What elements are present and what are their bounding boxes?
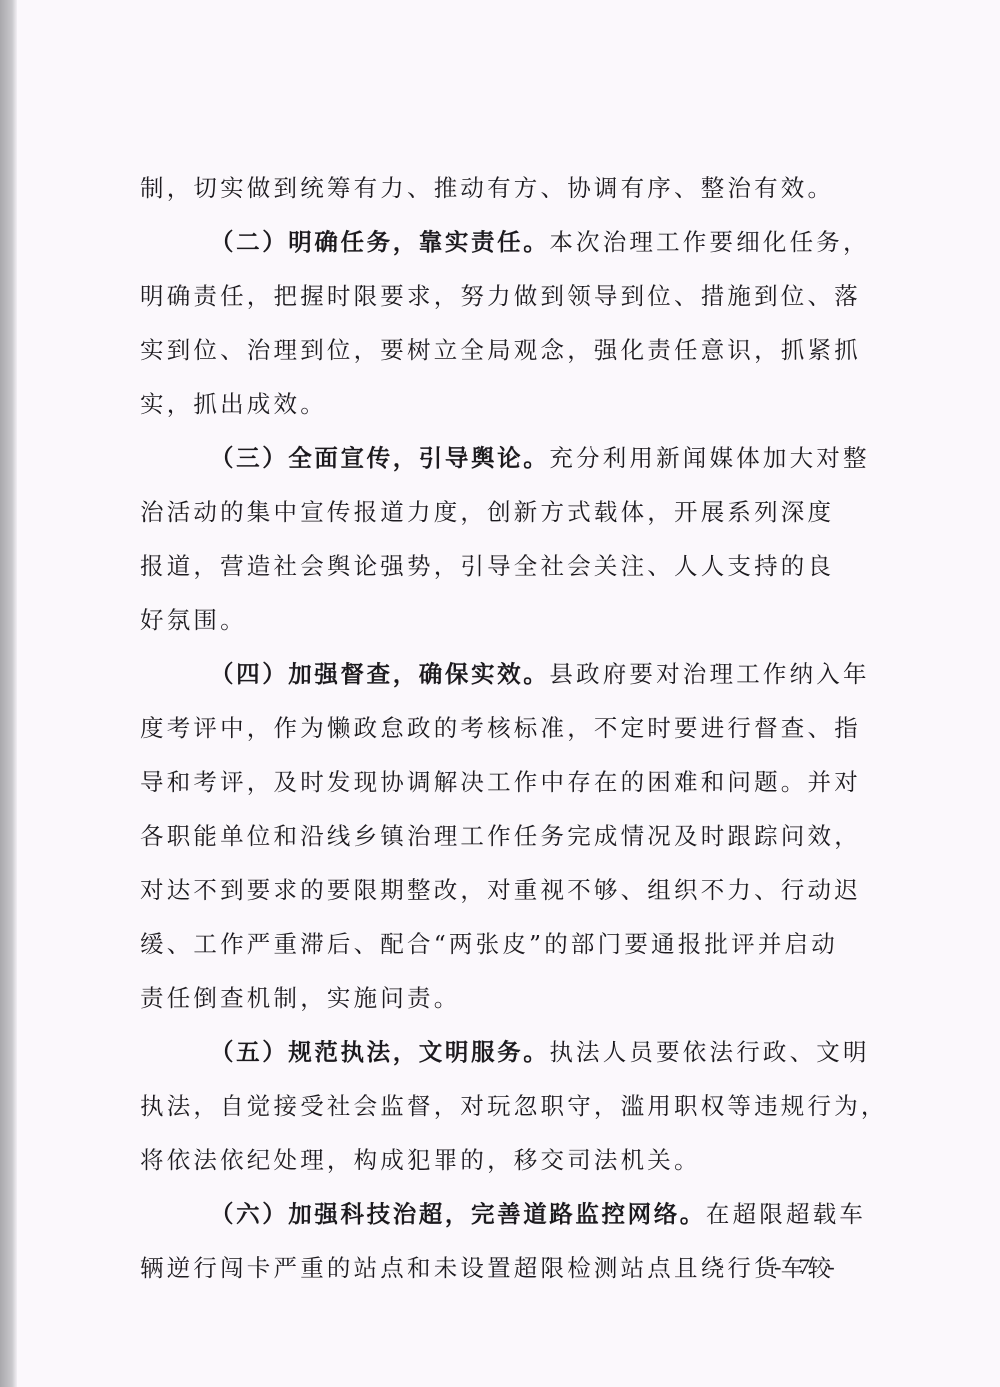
text-line: 辆逆行闯卡严重的站点和未设置超限检测站点且绕行货车较 [140, 1248, 834, 1288]
text-line: 实，抓出成效。 [140, 384, 327, 424]
section-heading-line: （六）加强科技治超，完善道路监控网络。在超限超载车 [210, 1194, 866, 1234]
section-heading: （二）明确任务，靠实责任。 [210, 228, 549, 256]
section-heading-line: （四）加强督查，确保实效。县政府要对治理工作纳入年 [210, 654, 870, 694]
section-heading-line: （五）规范执法，文明服务。执法人员要依法行政、文明 [210, 1032, 870, 1072]
text-line: 明确责任，把握时限要求，努力做到领导到位、措施到位、落 [140, 276, 861, 316]
section-heading: （五）规范执法，文明服务。 [210, 1038, 549, 1066]
line-text: 执法，自觉接受社会监督，对玩忽职守，滥用职权等违规行为， [140, 1092, 888, 1120]
line-text: 充分利用新闻媒体加大对整 [549, 444, 869, 472]
section-heading: （四）加强督查，确保实效。 [210, 660, 549, 688]
line-text: 好氛围。 [140, 606, 247, 634]
text-line: 执法，自觉接受社会监督，对玩忽职守，滥用职权等违规行为， [140, 1086, 888, 1126]
line-text: 缓、工作严重滞后、配合“两张皮”的部门要通报批评并启动 [140, 930, 838, 958]
line-text: 辆逆行闯卡严重的站点和未设置超限检测站点且绕行货车较 [140, 1254, 834, 1282]
line-text: 县政府要对治理工作纳入年 [549, 660, 869, 688]
text-line: 各职能单位和沿线乡镇治理工作任务完成情况及时跟踪问效， [140, 816, 861, 856]
line-text: 治活动的集中宣传报道力度，创新方式载体，开展系列深度 [140, 498, 834, 526]
text-line: 实到位、治理到位，要树立全局观念，强化责任意识，抓紧抓 [140, 330, 861, 370]
text-line: 缓、工作严重滞后、配合“两张皮”的部门要通报批评并启动 [140, 924, 838, 964]
text-line: 导和考评，及时发现协调解决工作中存在的困难和问题。并对 [140, 762, 861, 802]
line-text: 导和考评，及时发现协调解决工作中存在的困难和问题。并对 [140, 768, 861, 796]
line-text: 执法人员要依法行政、文明 [549, 1038, 869, 1066]
text-line: 责任倒查机制，实施问责。 [140, 978, 460, 1018]
section-heading-line: （三）全面宣传，引导舆论。充分利用新闻媒体加大对整 [210, 438, 870, 478]
line-text: 报道，营造社会舆论强势，引导全社会关注、人人支持的良 [140, 552, 834, 580]
line-text: 本次治理工作要细化任务， [549, 228, 869, 256]
line-text: 明确责任，把握时限要求，努力做到领导到位、措施到位、落 [140, 282, 861, 310]
line-text: 责任倒查机制，实施问责。 [140, 984, 460, 1012]
scan-left-edge [0, 0, 17, 1387]
text-line: 对达不到要求的要限期整改，对重视不够、组织不力、行动迟 [140, 870, 861, 910]
line-text: 制，切实做到统筹有力、推动有方、协调有序、整治有效。 [140, 174, 834, 202]
text-line: 治活动的集中宣传报道力度，创新方式载体，开展系列深度 [140, 492, 834, 532]
line-text: 将依法依纪处理，构成犯罪的，移交司法机关。 [140, 1146, 701, 1174]
section-heading: （三）全面宣传，引导舆论。 [210, 444, 549, 472]
line-text: 各职能单位和沿线乡镇治理工作任务完成情况及时跟踪问效， [140, 822, 861, 850]
line-text: 度考评中，作为懒政怠政的考核标准，不定时要进行督查、指 [140, 714, 861, 742]
section-heading-line: （二）明确任务，靠实责任。本次治理工作要细化任务， [210, 222, 870, 262]
line-text: 对达不到要求的要限期整改，对重视不够、组织不力、行动迟 [140, 876, 861, 904]
section-heading: （六）加强科技治超，完善道路监控网络。 [210, 1200, 706, 1228]
text-line: 制，切实做到统筹有力、推动有方、协调有序、整治有效。 [140, 168, 834, 208]
line-text: 在超限超载车 [706, 1200, 866, 1228]
text-line: 好氛围。 [140, 600, 247, 640]
line-text: 实，抓出成效。 [140, 390, 327, 418]
text-line: 度考评中，作为懒政怠政的考核标准，不定时要进行督查、指 [140, 708, 861, 748]
text-line: 将依法依纪处理，构成犯罪的，移交司法机关。 [140, 1140, 701, 1180]
page-number: - 7 - [774, 1254, 841, 1280]
text-line: 报道，营造社会舆论强势，引导全社会关注、人人支持的良 [140, 546, 834, 586]
line-text: 实到位、治理到位，要树立全局观念，强化责任意识，抓紧抓 [140, 336, 861, 364]
